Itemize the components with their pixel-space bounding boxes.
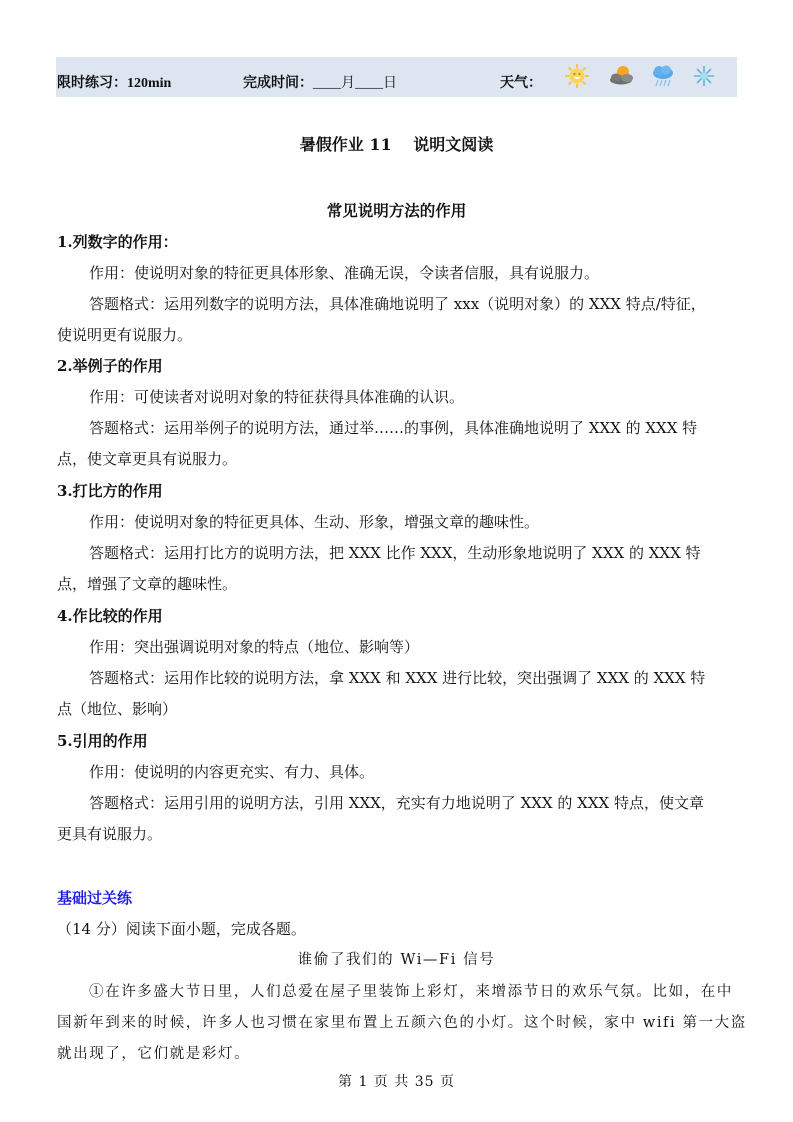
passage-line-3: 就出现了，它们就是彩灯。 [57, 1044, 250, 1064]
section-format-4-cont: 点（地位、影响） [57, 699, 177, 719]
header-bar: 限时练习：120min 完成时间：____月____日 天气： [56, 57, 737, 97]
month-label: 月 [341, 76, 355, 91]
section-heading-5: 5.引用的作用 [57, 731, 148, 751]
section-format-3-cont: 点，增强了文章的趣味性。 [57, 574, 237, 594]
section-format-2: 答题格式：运用举例子的说明方法，通过举……的事例，具体准确地说明了 XXX 的 … [89, 418, 697, 438]
page-footer: 第 1 页 共 35 页 [0, 1072, 793, 1092]
completion-time: 完成时间：____月____日 [243, 75, 397, 93]
passage-line-1: ①在许多盛大节日里，人们总爱在屋子里装饰上彩灯，来增添节日的欢乐气氛。比如，在中 [89, 982, 733, 1002]
section-format-1: 答题格式：运用列数字的说明方法，具体准确地说明了 xxx（说明对象）的 XXX … [89, 294, 706, 314]
section-heading-4: 4.作比较的作用 [57, 606, 163, 626]
time-limit: 限时练习：120min [57, 75, 171, 93]
section-format-4: 答题格式：运用作比较的说明方法，拿 XXX 和 XXX 进行比较，突出强调了 X… [89, 668, 705, 688]
snow-icon [691, 63, 717, 89]
section-heading-2: 2.举例子的作用 [57, 356, 163, 376]
section-format-5: 答题格式：运用引用的说明方法，引用 XXX，充实有力地说明了 XXX 的 XXX… [89, 793, 704, 813]
passage-title: 谁偷了我们的 Wi—Fi 信号 [0, 950, 793, 970]
completion-time-label: 完成时间： [243, 76, 313, 91]
section-effect-3: 作用：使说明对象的特征更具体、生动、形象，增强文章的趣味性。 [89, 512, 539, 532]
practice-instruction: （14 分）阅读下面小题，完成各题。 [57, 919, 306, 939]
partly-cloudy-icon [606, 63, 636, 89]
section-format-3: 答题格式：运用打比方的说明方法，把 XXX 比作 XXX，生动形象地说明了 XX… [89, 543, 701, 563]
section-effect-2: 作用：可使读者对说明对象的特征获得具体准确的认识。 [89, 387, 464, 407]
day-label: 日 [383, 76, 397, 91]
section-effect-4: 作用：突出强调说明对象的特点（地位、影响等） [89, 637, 419, 657]
page-title: 暑假作业 11 说明文阅读 [0, 135, 793, 155]
practice-heading: 基础过关练 [57, 888, 132, 908]
section-heading-1: 1.列数字的作用： [57, 232, 178, 252]
section-heading-3: 3.打比方的作用 [57, 481, 163, 501]
section-effect-5: 作用：使说明的内容更充实、有力、具体。 [89, 762, 374, 782]
section-format-2-cont: 点，使文章更具有说服力。 [57, 449, 237, 469]
section-effect-1: 作用：使说明对象的特征更具体形象、准确无误，令读者信服，具有说服力。 [89, 263, 599, 283]
day-blank[interactable]: ____ [355, 76, 383, 91]
passage-line-2: 国新年到来的时候，许多人也习惯在家里布置上五颜六色的小灯。这个时候，家中 wif… [57, 1013, 747, 1033]
weather-label: 天气： [500, 75, 542, 93]
sunny-icon [564, 63, 590, 89]
section-format-1-cont: 使说明更有说服力。 [57, 325, 192, 345]
section-format-5-cont: 更具有说服力。 [57, 824, 162, 844]
month-blank[interactable]: ____ [313, 76, 341, 91]
rain-icon [650, 63, 676, 89]
section-subtitle: 常见说明方法的作用 [0, 201, 793, 221]
